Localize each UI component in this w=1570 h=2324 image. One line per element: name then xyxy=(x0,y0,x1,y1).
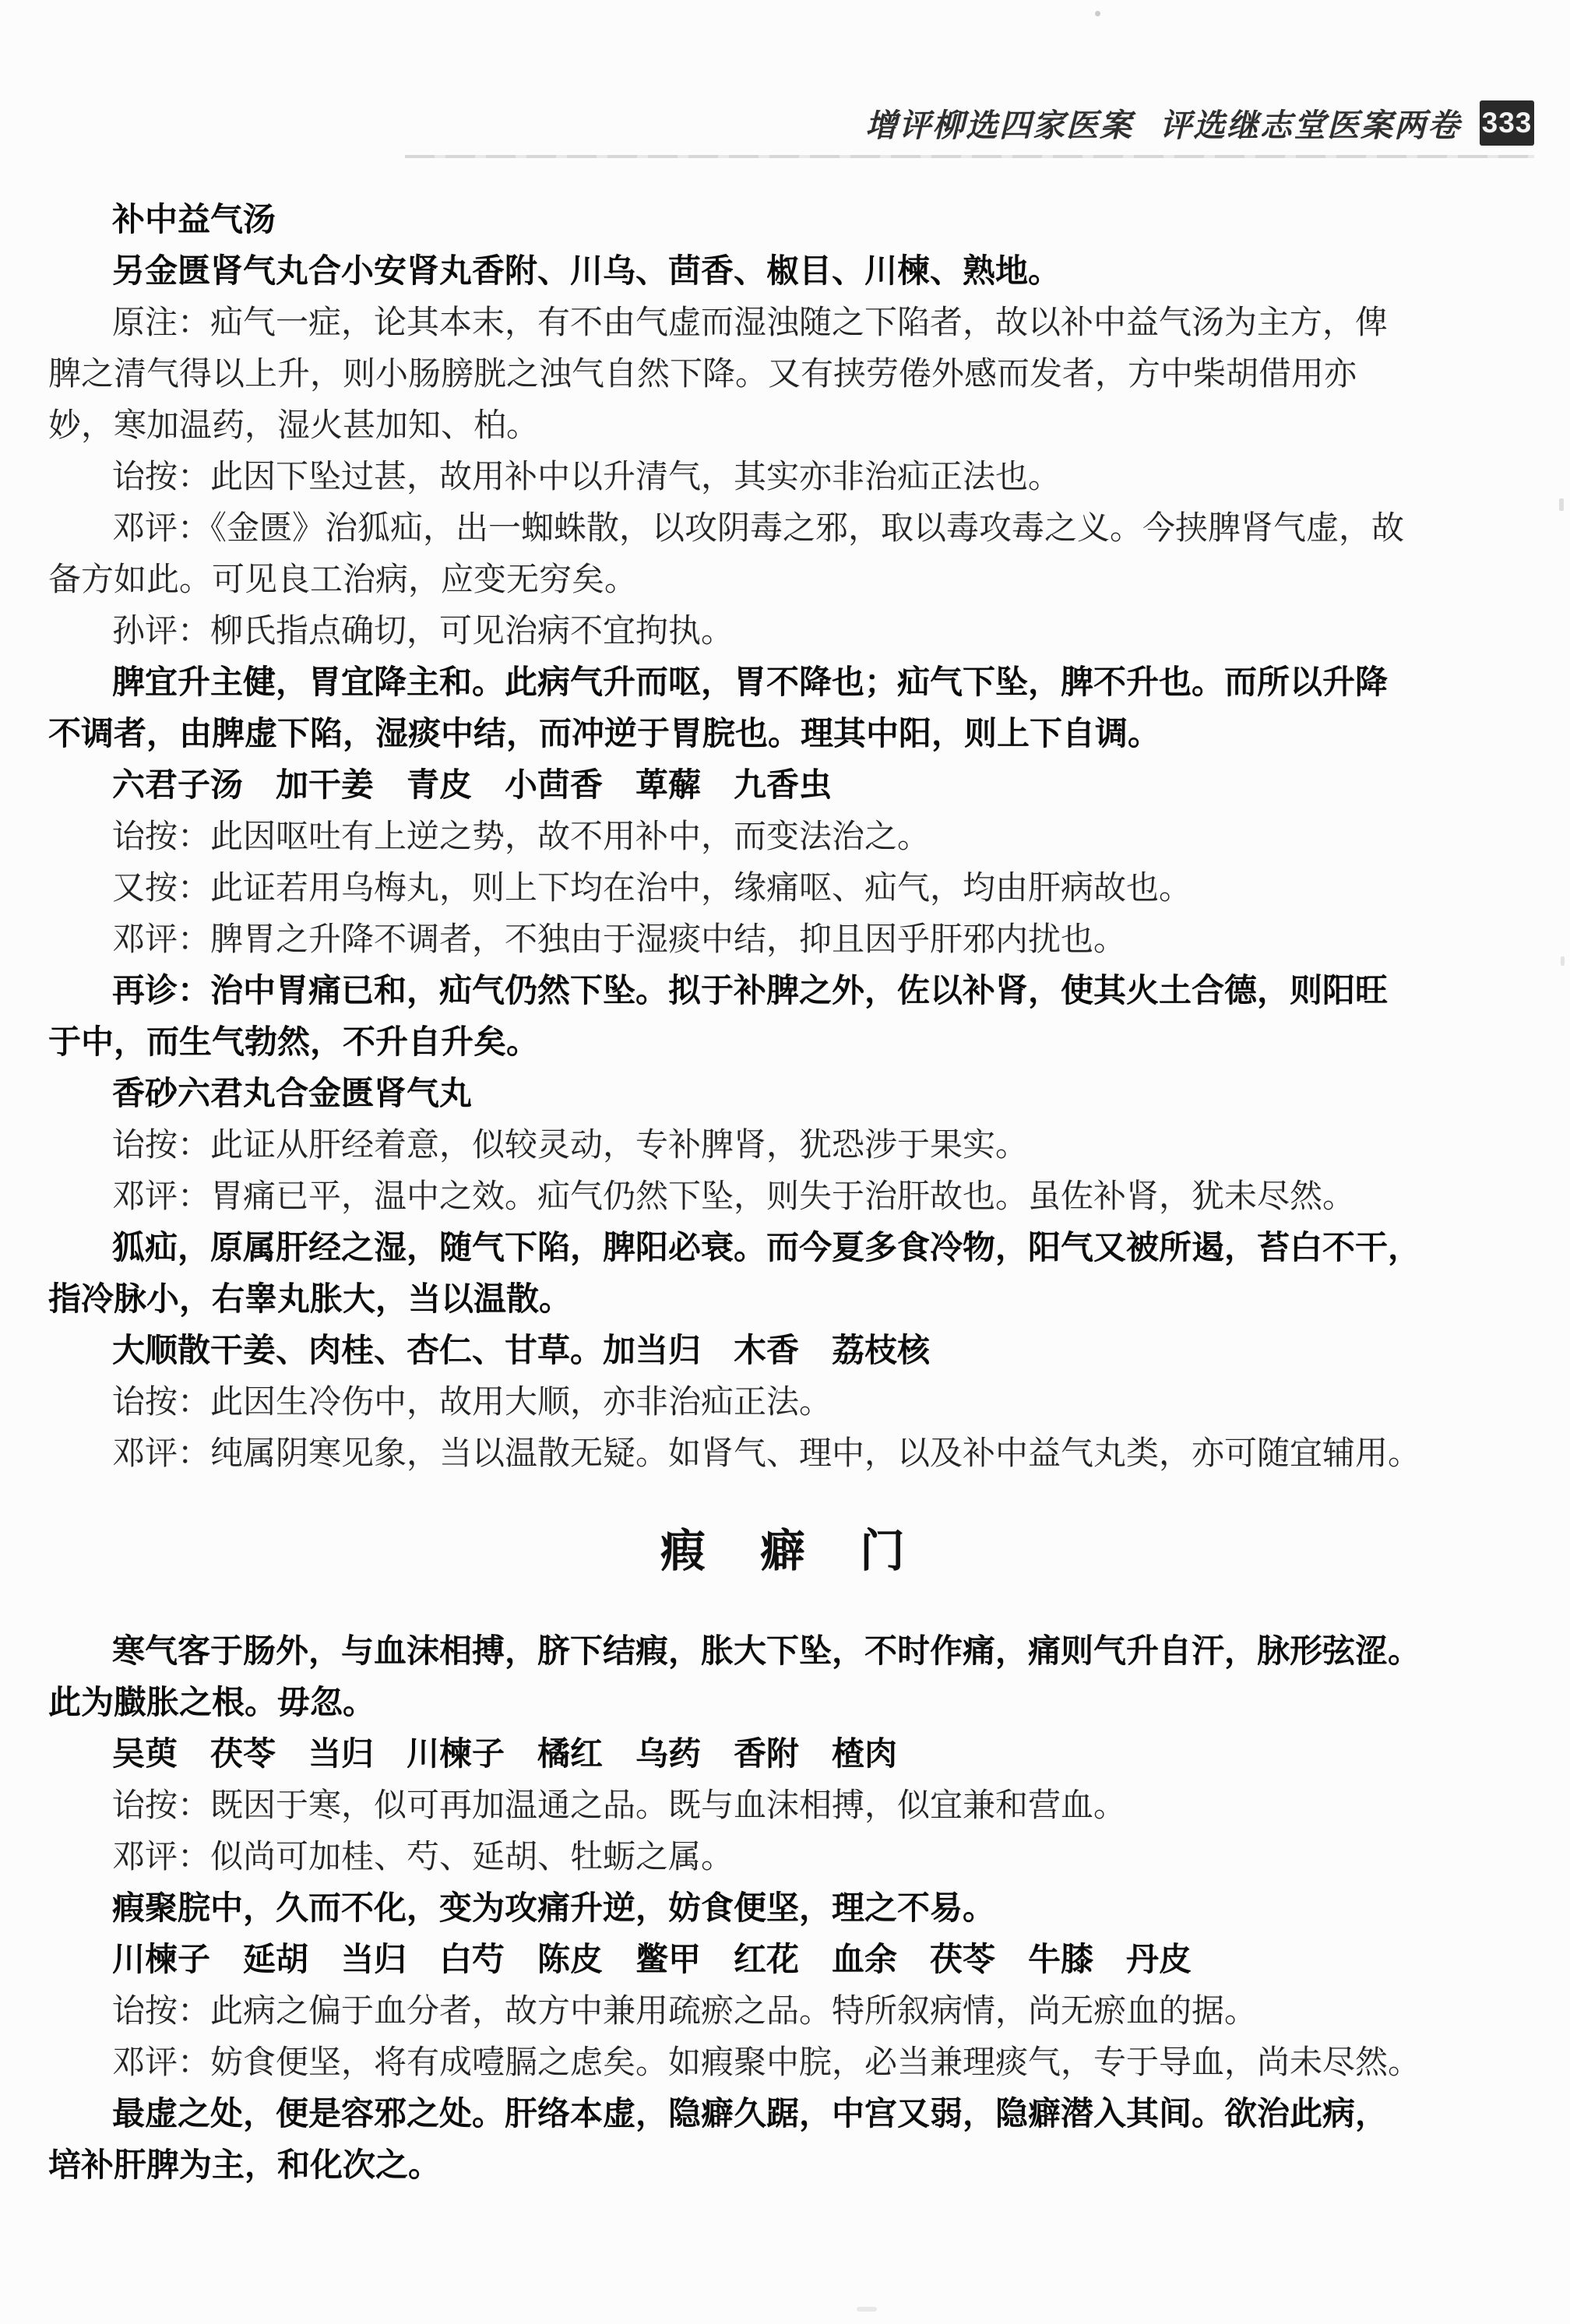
text-line: 最虚之处，便是容邪之处。肝络本虚，隐癖久踞，中宫又弱，隐癖潜入其间。欲治此病， xyxy=(48,2089,1522,2140)
text-line: 不调者，由脾虚下陷，湿痰中结，而冲逆于胃脘也。理其中阳，则上下自调。 xyxy=(48,709,1522,760)
scan-speckle xyxy=(857,2307,877,2312)
text-line: 邓评：胃痛已平，温中之效。疝气仍然下坠，则失于治肝故也。虽佐补肾，犹未尽然。 xyxy=(48,1171,1522,1223)
text-line: 妙，寒加温药，湿火甚加知、柏。 xyxy=(48,400,1522,452)
text-line: 狐疝，原属肝经之湿，随气下陷，脾阳必衰。而今夏多食冷物，阳气又被所遏，苔白不干， xyxy=(48,1223,1522,1274)
text-line: 孙评：柳氏指点确切，可见治病不宜拘执。 xyxy=(48,606,1522,657)
text-line: 川楝子 延胡 当归 白芍 陈皮 鳖甲 红花 血余 茯苓 牛膝 丹皮 xyxy=(48,1935,1522,1986)
scan-speckle xyxy=(1561,956,1565,966)
text-line: 吴萸 茯苓 当归 川楝子 橘红 乌药 香附 楂肉 xyxy=(48,1729,1522,1780)
body-section-1: 补中益气汤另金匮肾气丸合小安肾丸香附、川乌、茴香、椒目、川楝、熟地。原注：疝气一… xyxy=(48,195,1522,1480)
text-line: 再诊：治中胃痛已和，疝气仍然下坠。拟于补脾之外，佐以补肾，使其火土合德，则阳旺 xyxy=(48,966,1522,1017)
text-line: 瘕聚脘中，久而不化，变为攻痛升逆，妨食便坚，理之不易。 xyxy=(48,1883,1522,1935)
text-line: 于中，而生气勃然，不升自升矣。 xyxy=(48,1017,1522,1069)
header-rule xyxy=(405,155,1534,158)
text-line: 诒按：此证从肝经着意，似较灵动，专补脾肾，犹恐涉于果实。 xyxy=(48,1120,1522,1171)
text-line: 培补肝脾为主，和化次之。 xyxy=(48,2140,1522,2192)
text-line: 邓评：《金匮》治狐疝，出一蜘蛛散，以攻阴毒之邪，取以毒攻毒之义。今挟脾肾气虚，故 xyxy=(48,503,1522,555)
text-line: 诒按：此因生冷伤中，故用大顺，亦非治疝正法。 xyxy=(48,1377,1522,1428)
text-line: 诒按：此病之偏于血分者，故方中兼用疏瘀之品。特所叙病情，尚无瘀血的据。 xyxy=(48,1986,1522,2037)
text-line: 另金匮肾气丸合小安肾丸香附、川乌、茴香、椒目、川楝、熟地。 xyxy=(48,246,1522,298)
text-line: 邓评：纯属阴寒见象，当以温散无疑。如肾气、理中，以及补中益气丸类，亦可随宜辅用。 xyxy=(48,1428,1522,1480)
text-line: 邓评：妨食便坚，将有成噎膈之虑矣。如瘕聚中脘，必当兼理痰气，专于导血，尚未尽然。 xyxy=(48,2037,1522,2089)
text-line: 大顺散干姜、肉桂、杏仁、甘草。加当归 木香 荔枝核 xyxy=(48,1326,1522,1377)
text-line: 六君子汤 加干姜 青皮 小茴香 萆薢 九香虫 xyxy=(48,760,1522,812)
text-line: 原注：疝气一症，论其本末，有不由气虚而湿浊随之下陷者，故以补中益气汤为主方，俾 xyxy=(48,298,1522,349)
text-line: 邓评：脾胃之升降不调者，不独由于湿痰中结，抑且因乎肝邪内扰也。 xyxy=(48,914,1522,966)
text-line: 诒按：此因呕吐有上逆之势，故不用补中，而变法治之。 xyxy=(48,812,1522,863)
page-number-badge: 333 xyxy=(1480,100,1534,146)
text-line: 脾宜升主健，胃宜降主和。此病气升而呕，胃不降也；疝气下坠，脾不升也。而所以升降 xyxy=(48,657,1522,709)
text-line: 此为臌胀之根。毋忽。 xyxy=(48,1678,1522,1729)
text-line: 诒按：此因下坠过甚，故用补中以升清气，其实亦非治疝正法也。 xyxy=(48,452,1522,503)
section-heading: 瘕 癖 门 xyxy=(0,1514,1570,1579)
text-line: 诒按：既因于寒，似可再加温通之品。既与血沫相搏，似宜兼和营血。 xyxy=(48,1780,1522,1832)
text-line: 指冷脉小，右睾丸胀大，当以温散。 xyxy=(48,1274,1522,1326)
text-line: 补中益气汤 xyxy=(48,195,1522,246)
text-line: 寒气客于肠外，与血沫相搏，脐下结瘕，胀大下坠，不时作痛，痛则气升自汗，脉形弦涩。 xyxy=(48,1626,1522,1678)
text-line: 脾之清气得以上升，则小肠膀胱之浊气自然下降。又有挟劳倦外感而发者，方中柴胡借用亦 xyxy=(48,349,1522,400)
volume-title: 评选继志堂医案两卷 xyxy=(1160,100,1461,146)
body-section-2: 寒气客于肠外，与血沫相搏，脐下结瘕，胀大下坠，不时作痛，痛则气升自汗，脉形弦涩。… xyxy=(48,1626,1522,2192)
scan-speckle xyxy=(1559,498,1564,511)
scan-speckle xyxy=(1095,11,1100,16)
page-header: 增评柳选四家医案 评选继志堂医案两卷 333 xyxy=(865,100,1534,146)
text-line: 备方如此。可见良工治病，应变无穷矣。 xyxy=(48,555,1522,606)
text-line: 邓评：似尚可加桂、芍、延胡、牡蛎之属。 xyxy=(48,1832,1522,1883)
text-line: 又按：此证若用乌梅丸，则上下均在治中，缘痛呕、疝气，均由肝病故也。 xyxy=(48,863,1522,914)
book-page: 增评柳选四家医案 评选继志堂医案两卷 333 补中益气汤另金匮肾气丸合小安肾丸香… xyxy=(0,0,1570,2324)
header-titles: 增评柳选四家医案 评选继志堂医案两卷 xyxy=(865,100,1461,146)
text-line: 香砂六君丸合金匮肾气丸 xyxy=(48,1069,1522,1120)
book-title: 增评柳选四家医案 xyxy=(865,100,1133,146)
